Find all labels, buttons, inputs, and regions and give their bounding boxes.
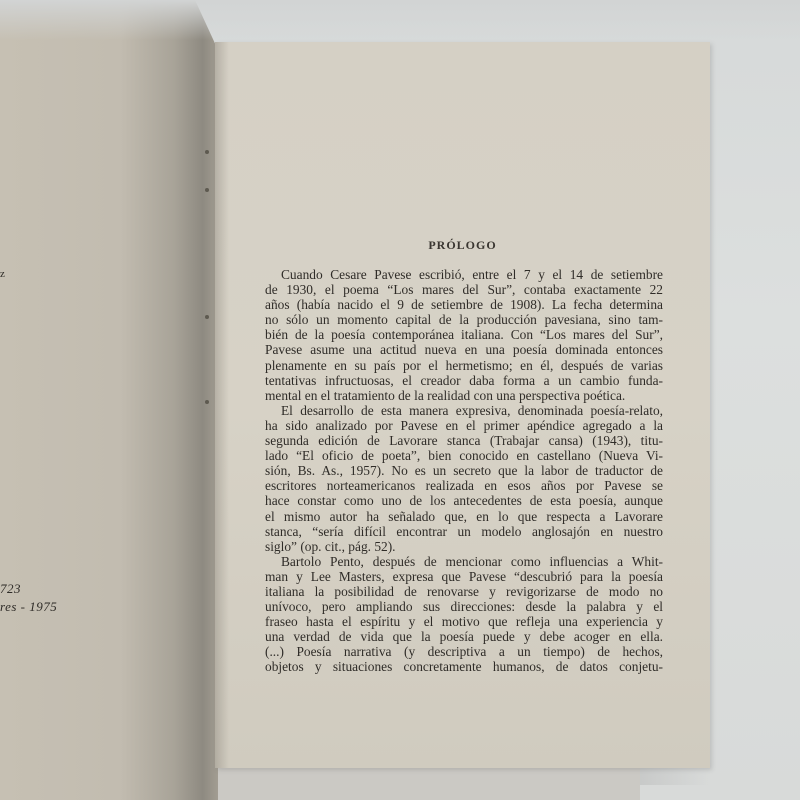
text-line: tentativas infructuosas, el creador daba… xyxy=(265,373,663,388)
left-page: z 723 res - 1975 xyxy=(0,0,218,800)
text-line: sión, Bs. As., 1957). No es un secreto q… xyxy=(265,463,663,478)
text-line: El desarrollo de esta manera expresiva, … xyxy=(265,403,663,418)
left-page-fragment-imprint: res - 1975 xyxy=(0,599,57,615)
text-line: el mismo autor ha señalado que, en lo qu… xyxy=(265,509,663,524)
text-line: no sólo un momento capital de la producc… xyxy=(265,312,663,327)
text-line: bién de la poesía contemporánea italiana… xyxy=(265,327,663,342)
text-line: italiana la posibilidad de renovarse y r… xyxy=(265,584,663,599)
text-line: mental en el tratamiento de la realidad … xyxy=(265,388,663,403)
text-line: hace constar como uno de los antecedente… xyxy=(265,493,663,508)
binding-stitch xyxy=(205,150,209,154)
text-line: años (había nacido el 9 de setiembre de … xyxy=(265,297,663,312)
page-stack-bottom xyxy=(200,768,640,800)
page-title: PRÓLOGO xyxy=(215,238,710,253)
text-line: unívoco, pero ampliando sus direcciones:… xyxy=(265,599,663,614)
text-line: man y Lee Masters, expresa que Pavese “d… xyxy=(265,569,663,584)
binding-stitch xyxy=(205,400,209,404)
text-line: stanca, “sería difícil encontrar un mode… xyxy=(265,524,663,539)
text-line: escritores norteamericanos realizada en … xyxy=(265,478,663,493)
text-line: siglo” (op. cit., pág. 52). xyxy=(265,539,663,554)
text-line: una verdad de vida que la poesía puede y… xyxy=(265,629,663,644)
text-line: Pavese asume una actitud nueva en una po… xyxy=(265,342,663,357)
binding-stitch xyxy=(205,188,209,192)
prologue-body: Cuando Cesare Pavese escribió, entre el … xyxy=(265,267,663,675)
binding-stitch xyxy=(205,315,209,319)
text-line: de 1930, el poema “Los mares del Sur”, c… xyxy=(265,282,663,297)
text-line: Bartolo Pento, después de mencionar como… xyxy=(265,554,663,569)
text-line: (...) Poesía narrativa (y descriptiva a … xyxy=(265,644,663,659)
right-page: PRÓLOGO Cuando Cesare Pavese escribió, e… xyxy=(215,42,710,768)
left-page-fragment-number: 723 xyxy=(0,581,21,597)
text-line: plenamente en su país por el hermetismo;… xyxy=(265,358,663,373)
text-line: Cuando Cesare Pavese escribió, entre el … xyxy=(265,267,663,282)
left-page-fragment-top: z xyxy=(0,268,5,280)
text-line: fraseo hasta el espíritu y el motivo que… xyxy=(265,614,663,629)
top-shadow xyxy=(0,0,800,40)
text-line: lado “El oficio de poeta”, bien conocido… xyxy=(265,448,663,463)
text-line: segunda edición de Lavorare stanca (Trab… xyxy=(265,433,663,448)
text-line: ha sido analizado por Pavese en el prime… xyxy=(265,418,663,433)
text-line: objetos y situaciones concretamente huma… xyxy=(265,659,663,674)
